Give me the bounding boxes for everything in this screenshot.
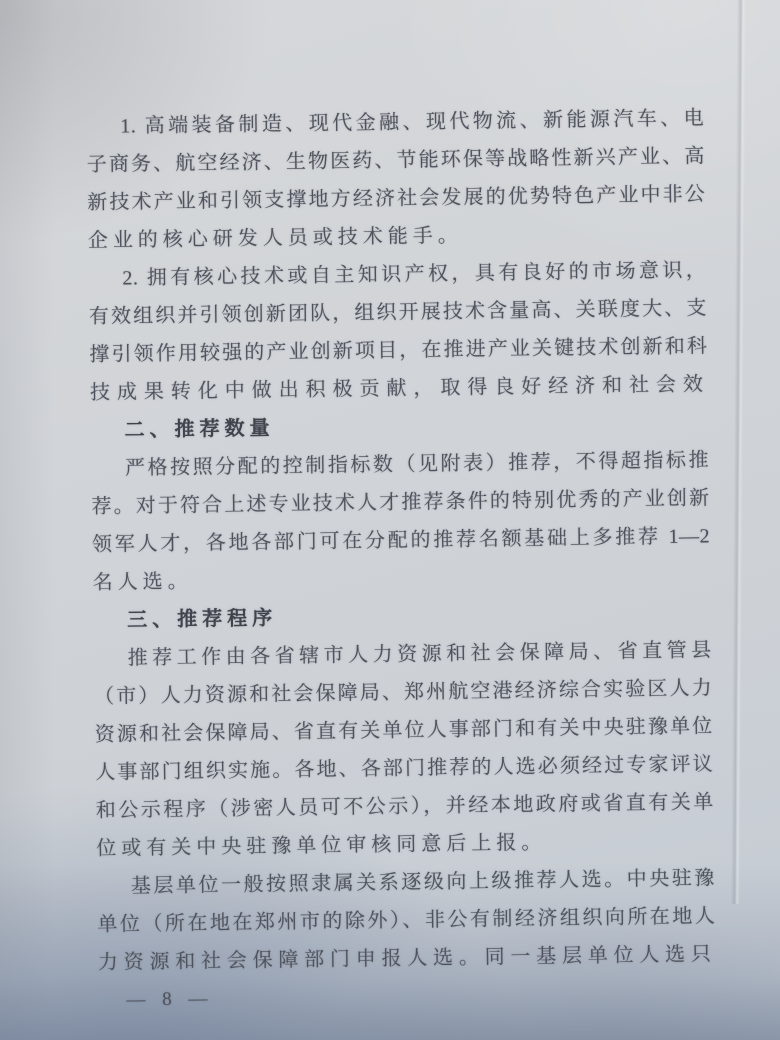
page-number: — 8 — [98,973,716,1020]
document-body: 1. 高端装备制造、现代金融、现代物流、新能源汽车、电子商务、航空经济、生物医药… [86,99,717,1020]
paragraph: 严格按照分配的控制指标数（见附表）推荐，不得超指标推荐。对于符合上述专业技术人才… [91,441,711,602]
paragraph: 2. 拥有核心技术或自主知识产权，具有良好的市场意识，有效组织并引领创新团队，组… [88,251,708,412]
paper-crease [731,0,746,904]
photographed-document-page: 1. 高端装备制造、现代金融、现代物流、新能源汽车、电子商务、航空经济、生物医药… [0,0,780,1040]
paragraph: 推荐工作由各省辖市人力资源和社会保障局、省直管县（市）人力资源和社会保障局、郑州… [93,631,714,868]
paragraph: 基层单位一般按照隶属关系逐级向上级推荐人选。中央驻豫单位（所在地在郑州市的除外）… [97,859,717,982]
paragraph: 1. 高端装备制造、现代金融、现代物流、新能源汽车、电子商务、航空经济、生物医药… [86,99,706,260]
